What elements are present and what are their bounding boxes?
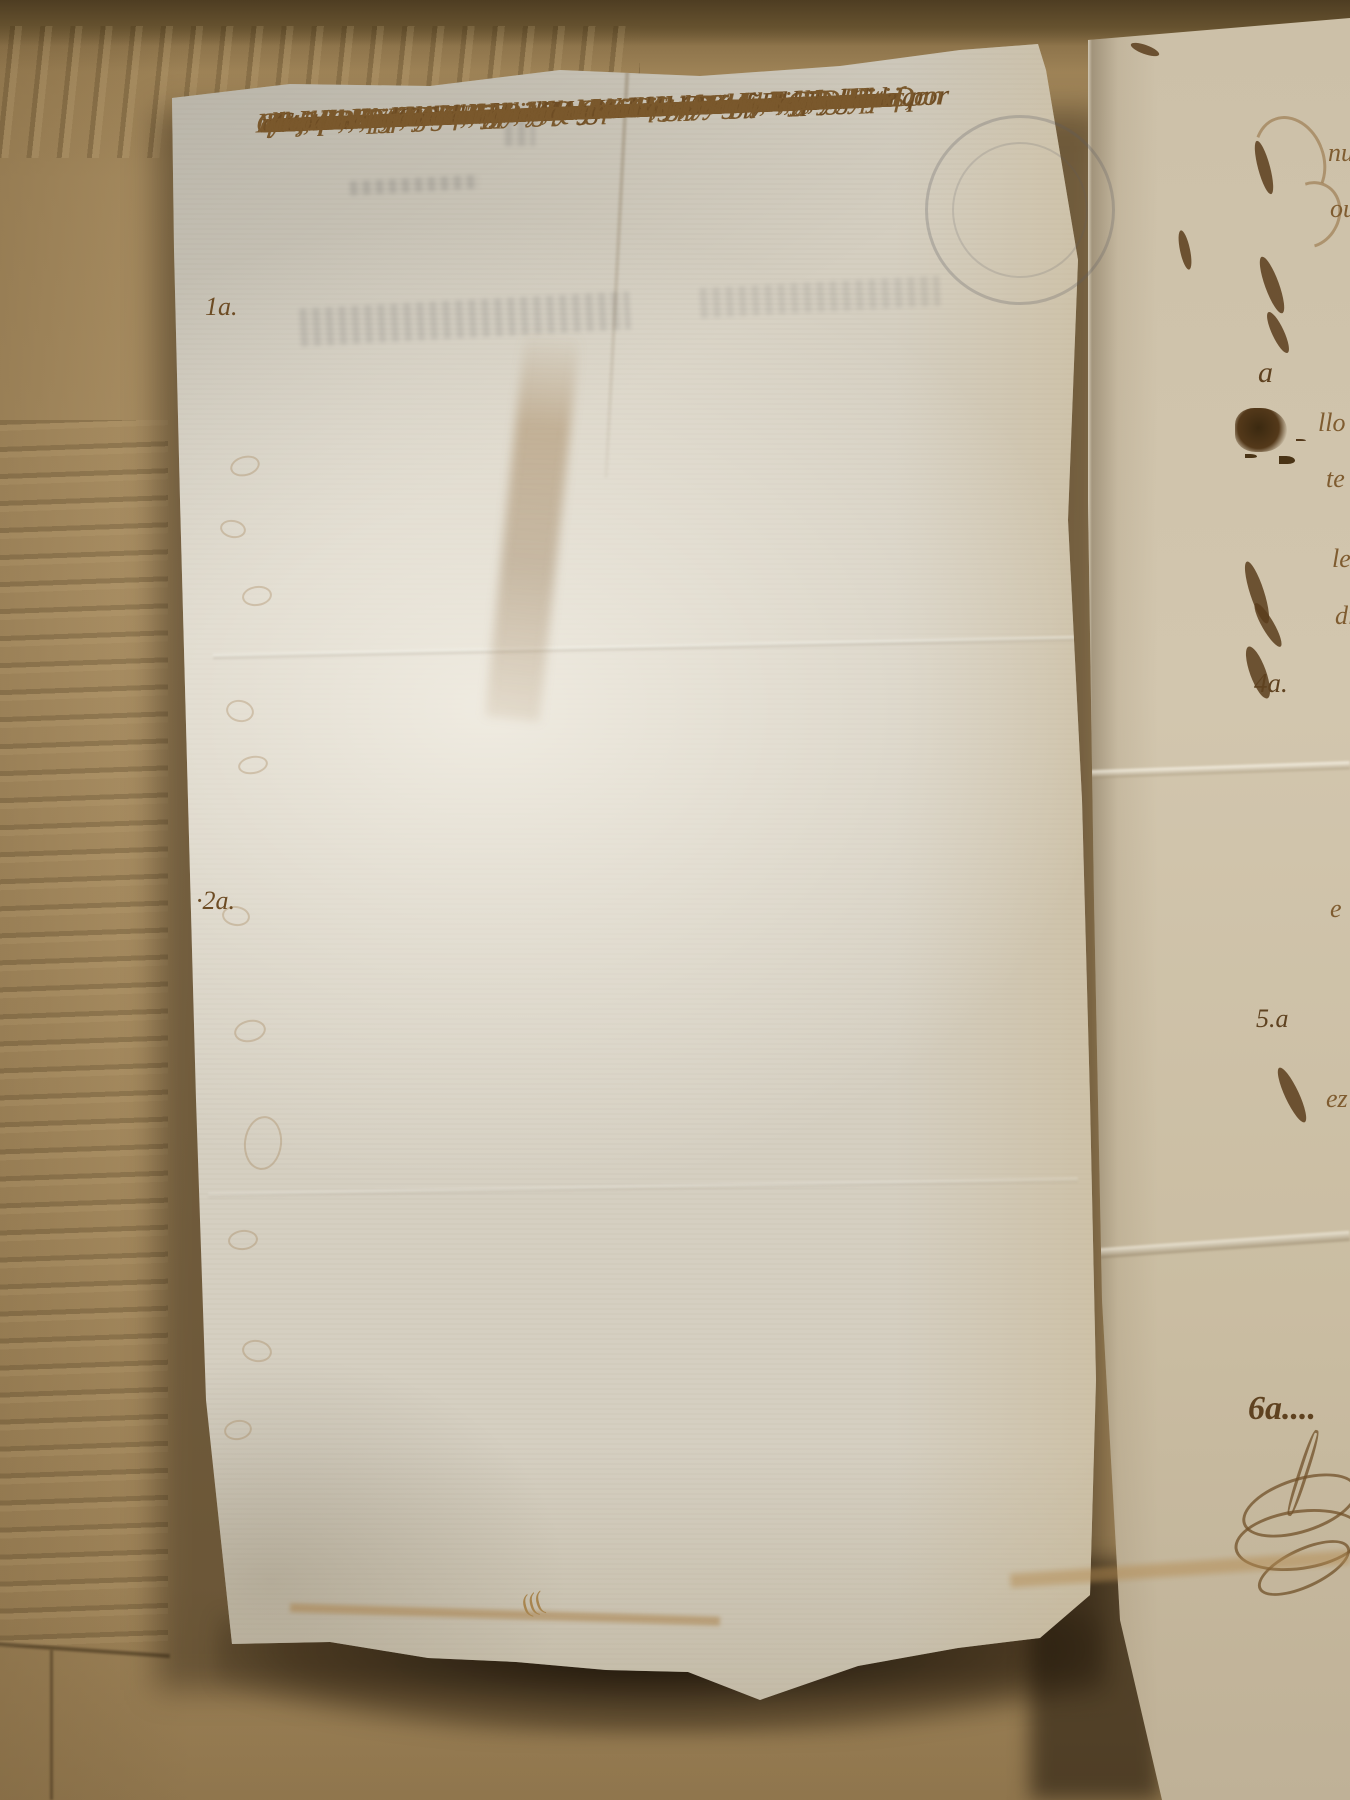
margin-number-1: 1a. <box>205 292 238 322</box>
edge-text-fragment: ez <box>1326 1084 1348 1114</box>
edge-text-fragment: di <box>1335 601 1350 631</box>
showthrough-loop <box>224 697 256 724</box>
margin-number-2: ·2a. <box>196 886 235 916</box>
manuscript-line: quedan Seis Castañales que son adquisici… <box>257 82 902 168</box>
ink-stroke <box>1176 229 1194 270</box>
ink-blot <box>1235 408 1287 452</box>
fold-crease <box>1088 1231 1350 1259</box>
margin-number-5: 5.a <box>1256 1004 1289 1034</box>
stray-letter: a <box>1258 356 1273 390</box>
rubric-scribble <box>1228 1458 1350 1638</box>
edge-text-fragment: nu <box>1328 138 1350 168</box>
edge-text-fragment: ou <box>1330 194 1350 224</box>
showthrough-loop <box>232 1017 268 1045</box>
edge-text-fragment: llo <box>1318 408 1345 438</box>
edge-text-fragment: te <box>1326 464 1345 494</box>
fold-crease <box>1078 761 1350 778</box>
cardboard-corrugation-left <box>0 420 168 1650</box>
stamp-inner-ring <box>952 142 1088 278</box>
ink-stain <box>485 328 580 722</box>
showthrough-loop <box>240 1338 273 1365</box>
ink-stroke <box>1263 310 1293 356</box>
circular-ink-stamp <box>925 115 1115 305</box>
ink-stroke <box>1129 40 1160 59</box>
margin-number-6: 6a.... <box>1248 1390 1316 1428</box>
printed-showthrough-text <box>350 175 481 196</box>
ink-stroke <box>1273 1065 1311 1125</box>
edge-text-fragment: e <box>1330 894 1342 924</box>
manuscript-page: 1a. ·2a. tasa delos Bienes, y Muebles Ga… <box>158 38 1103 1714</box>
printed-showthrough-text <box>699 276 940 319</box>
showthrough-loop <box>237 754 270 777</box>
stain-line <box>290 1603 720 1626</box>
paper-crease <box>213 636 1079 659</box>
showthrough-loop <box>227 1228 259 1251</box>
showthrough-loop <box>219 518 248 540</box>
margin-number-4: 4a. <box>1254 668 1288 699</box>
ink-stroke <box>1255 254 1289 315</box>
paper-crease <box>208 1177 1078 1197</box>
photograph-of-manuscript: a 4a. 5.a 6a.... nu ou llo te le di e ez <box>0 0 1350 1800</box>
edge-text-fragment: le <box>1332 544 1350 574</box>
showthrough-loop <box>241 1114 284 1172</box>
cardboard-seam <box>50 1650 53 1800</box>
showthrough-loop <box>222 1418 253 1443</box>
showthrough-loop <box>228 452 262 479</box>
showthrough-loop <box>241 584 273 608</box>
printed-showthrough-text <box>299 291 631 346</box>
